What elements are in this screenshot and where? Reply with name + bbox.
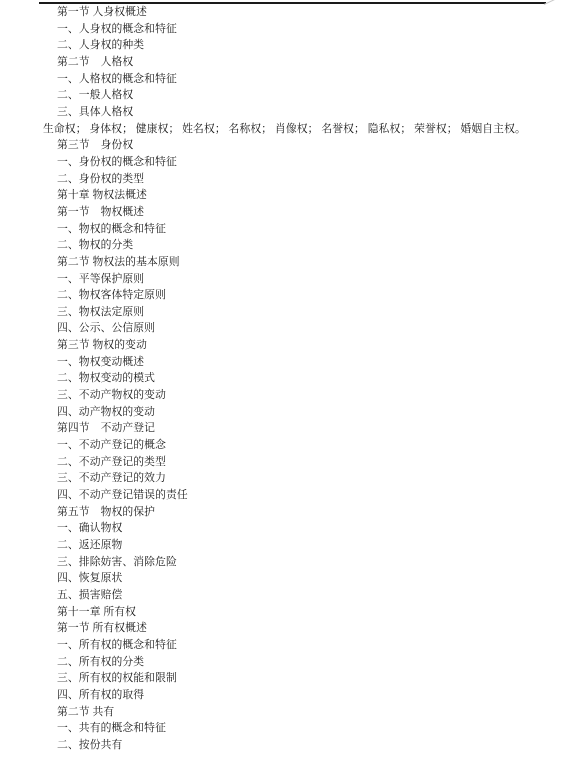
toc-line-item: 三、不动产登记的效力	[43, 470, 564, 487]
toc-line-item: 一、物权的概念和特征	[43, 221, 564, 238]
toc-line-section: 第四节 不动产登记	[43, 420, 564, 437]
toc-line-item: 三、物权法定原则	[43, 304, 564, 321]
toc-line-section: 第三节 身份权	[43, 137, 564, 154]
toc-line-item: 四、动产物权的变动	[43, 404, 564, 421]
toc-line-item: 一、人格权的概念和特征	[43, 71, 564, 88]
toc-line-item: 一、不动产登记的概念	[43, 437, 564, 454]
toc-line-item: 一、平等保护原则	[43, 271, 564, 288]
toc-line-item: 一、物权变动概述	[43, 354, 564, 371]
toc-line-item: 二、返还原物	[43, 537, 564, 554]
toc-line-item: 三、排除妨害、消除危险	[43, 554, 564, 571]
toc-line-section: 第一节 所有权概述	[43, 620, 564, 637]
toc-line-item: 三、不动产物权的变动	[43, 387, 564, 404]
toc-line-item: 二、按份共有	[43, 737, 564, 754]
toc-line-item: 三、具体人格权	[43, 104, 564, 121]
toc-line-item: 二、人身权的种类	[43, 37, 564, 54]
toc-line-section: 第二节 物权法的基本原则	[43, 254, 564, 271]
toc-line-chapter: 第十一章 所有权	[43, 604, 564, 621]
toc-line-item: 二、一般人格权	[43, 87, 564, 104]
toc-line-item: 二、物权变动的模式	[43, 370, 564, 387]
toc-line-section: 第二节 共有	[43, 704, 564, 721]
toc-line-item: 二、身份权的类型	[43, 171, 564, 188]
toc-line-section: 第一节 人身权概述	[43, 4, 564, 21]
toc-line-item: 二、物权客体特定原则	[43, 287, 564, 304]
toc-outline: 第一节 人身权概述一、人身权的概念和特征二、人身权的种类第二节 人格权一、人格权…	[43, 4, 564, 754]
toc-line-item: 四、恢复原状	[43, 570, 564, 587]
toc-line-item: 四、公示、公信原则	[43, 320, 564, 337]
toc-line-item: 四、不动产登记错误的责任	[43, 487, 564, 504]
toc-line-item: 一、所有权的概念和特征	[43, 637, 564, 654]
toc-line-body: 生命权； 身体权； 健康权； 姓名权； 名称权； 肖像权； 名誉权； 隐私权； …	[43, 121, 564, 138]
toc-line-item: 四、所有权的取得	[43, 687, 564, 704]
toc-line-item: 一、共有的概念和特征	[43, 720, 564, 737]
toc-line-section: 第五节 物权的保护	[43, 504, 564, 521]
toc-line-item: 二、所有权的分类	[43, 654, 564, 671]
toc-line-section: 第二节 人格权	[43, 54, 564, 71]
toc-line-chapter: 第十章 物权法概述	[43, 187, 564, 204]
toc-line-item: 二、不动产登记的类型	[43, 454, 564, 471]
toc-line-item: 三、所有权的权能和限制	[43, 670, 564, 687]
document-page: 第一节 人身权概述一、人身权的概念和特征二、人身权的种类第二节 人格权一、人格权…	[0, 0, 574, 781]
toc-line-item: 一、人身权的概念和特征	[43, 21, 564, 38]
toc-line-section: 第一节 物权概述	[43, 204, 564, 221]
toc-line-item: 五、损害赔偿	[43, 587, 564, 604]
toc-line-item: 二、物权的分类	[43, 237, 564, 254]
toc-line-item: 一、身份权的概念和特征	[43, 154, 564, 171]
toc-line-item: 一、确认物权	[43, 520, 564, 537]
toc-line-section: 第三节 物权的变动	[43, 337, 564, 354]
